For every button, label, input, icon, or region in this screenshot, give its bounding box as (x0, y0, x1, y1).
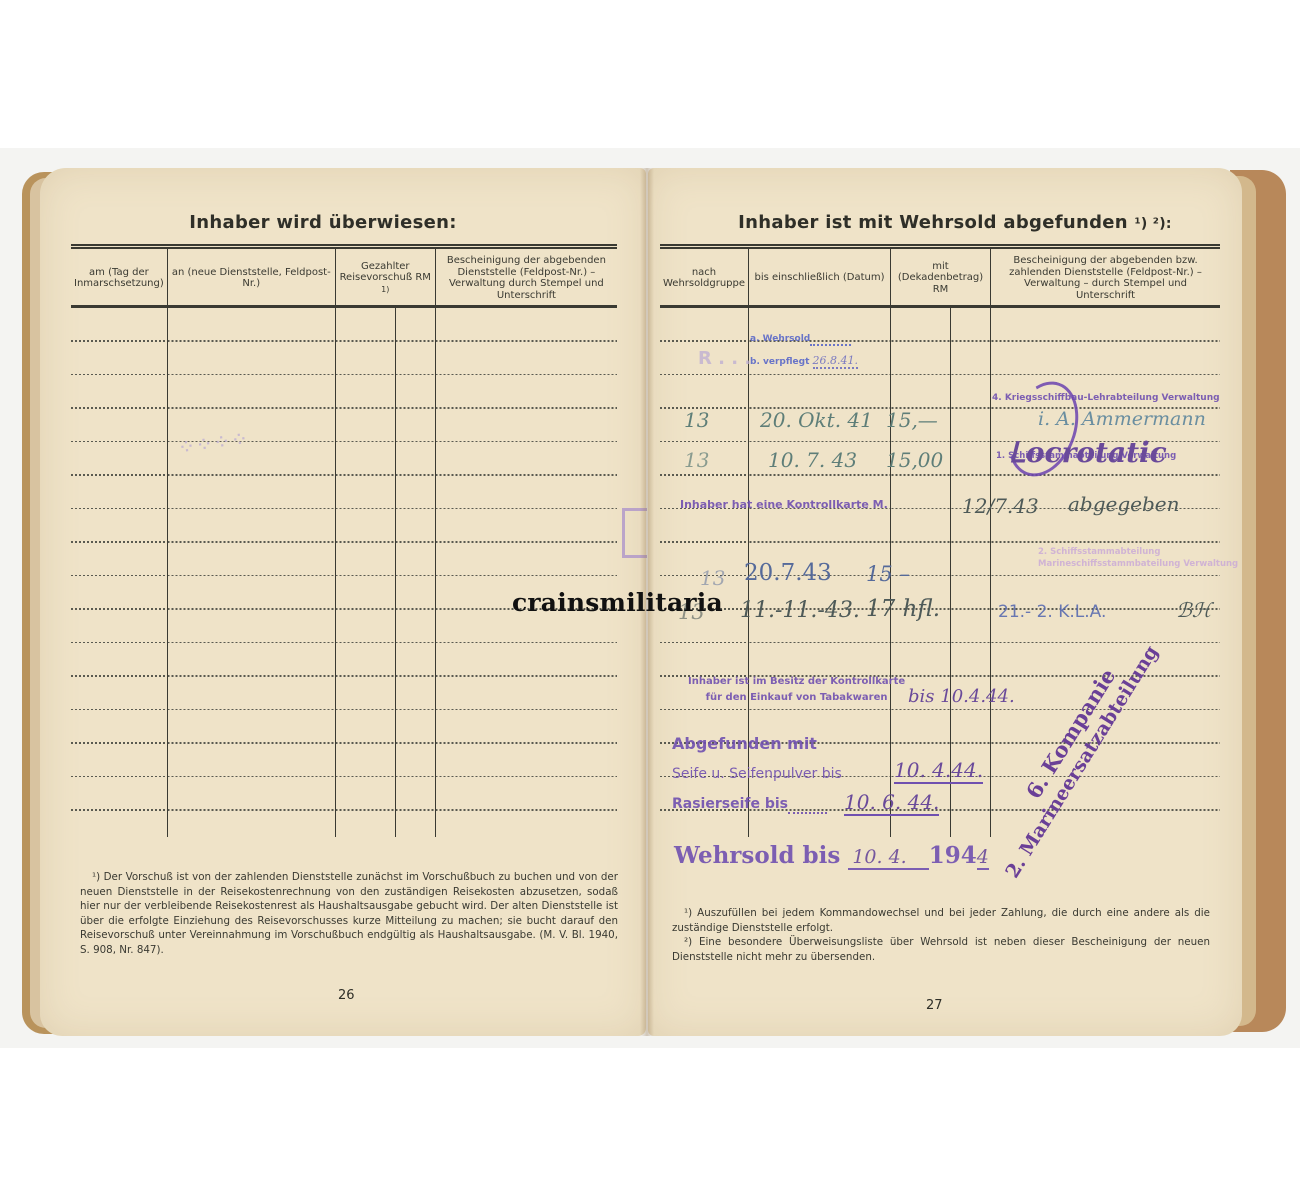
seife-label: Seife u. Seifenpulver bis (672, 766, 842, 782)
table-row (71, 744, 617, 778)
entry-2-gruppe: 13 (684, 448, 709, 472)
table-row (71, 811, 617, 837)
table-row (660, 811, 1220, 837)
seife-value: 10. 4.44. (894, 758, 983, 784)
kontrollkarte-note: abgegeben (1068, 492, 1180, 516)
column-header-wehrsoldgruppe: nach Wehrsoldgruppe (660, 247, 749, 307)
table-row (71, 375, 617, 409)
tabak-date: bis 10.4.44. (908, 686, 1015, 707)
wehrsold-stamp: a. Wehrsold b. verpflegt 26.8.41. (750, 328, 858, 373)
entry-1-gruppe: 13 (684, 408, 709, 432)
transfer-table: am (Tag der Inmarschsetzung) an (neue Di… (71, 244, 617, 837)
entry-3-datum: 20.7.43 (744, 560, 832, 586)
column-header-dekadenbetrag: mit (Dekadenbetrag) RM (891, 247, 991, 307)
column-header-datum: bis einschließlich (Datum) (749, 247, 891, 307)
rasier-value: 10. 6. 44. (844, 790, 939, 816)
page-number-right: 27 (926, 998, 943, 1013)
table-row (71, 677, 617, 711)
wehrsold-bis: Wehrsold bis 10. 4.1944 (674, 842, 989, 869)
rasier-label: Rasierseife bis (672, 796, 827, 812)
right-page-title: Inhaber ist mit Wehrsold abgefunden ¹) ²… (658, 212, 1252, 233)
page-number-left: 26 (338, 988, 355, 1003)
table-row (71, 509, 617, 543)
column-header-bescheinigung: Bescheinigung der abgebenden bzw. zahlen… (991, 247, 1221, 307)
table-row (71, 543, 617, 577)
table-row (660, 307, 1220, 342)
column-header-an: an (neue Dienststelle, Feldpost-Nr.) (167, 247, 335, 307)
right-footnotes: ¹) Auszufüllen bei jedem Kommandowechsel… (672, 906, 1210, 964)
table-row (71, 307, 617, 342)
table-row (71, 710, 617, 744)
entry-2-datum: 10. 7. 43 (768, 448, 857, 472)
table-row (71, 777, 617, 811)
purple-signature: Ꮮocrotatic (1010, 436, 1167, 470)
kontrollkarte-date: 12/7.43 (962, 494, 1039, 518)
table-row (71, 409, 617, 443)
entry-4-datum: 11.-11.-43. (740, 598, 860, 623)
column-header-am: am (Tag der Inmarschsetzung) (71, 247, 167, 307)
table-row (71, 442, 617, 476)
entry-4-betrag: 17 hfl. (866, 596, 940, 622)
left-footnote: ¹) Der Vorschuß ist von der zahlenden Di… (80, 870, 618, 957)
pink-unit-stamp: 2. SchiffsstammabteilungMarineschiffssta… (1038, 546, 1238, 570)
watermark: crainsmilitaria (512, 588, 723, 617)
entry-2-betrag: 15,00 (886, 448, 943, 472)
table-row (71, 643, 617, 677)
table-row (71, 342, 617, 376)
column-header-bescheinigung: Bescheinigung der abgebenden Dienststell… (435, 247, 617, 307)
entry-3-gruppe: 13 (700, 566, 725, 590)
left-page-title: Inhaber wird überwiesen: (20, 212, 626, 233)
kontrollkarte-stamp: Inhaber hat eine Kontrollkarte M. (680, 498, 888, 511)
entry-4-stamp: 21.- 2. K.L.A. (998, 602, 1106, 622)
entry-1-datum: 20. Okt. 41 (760, 408, 873, 432)
column-header-reisevorschuss: Gezahlter Reisevorschuß RM 1) (335, 247, 435, 307)
table-row (71, 476, 617, 510)
abgefunden-heading: Abgefunden mit (672, 734, 817, 753)
right-page: Inhaber ist mit Wehrsold abgefunden ¹) ²… (648, 168, 1242, 1036)
transfer-table-body (71, 307, 617, 837)
faded-stamp-r: R . . . (698, 348, 751, 369)
initials: ℬℋ (1176, 598, 1212, 622)
entry-3-betrag: 15 – (866, 562, 910, 586)
tabak-stamp: Inhaber ist im Besitz der Kontrollkarte … (688, 674, 905, 706)
entry-1-betrag: 15,— (886, 408, 938, 432)
